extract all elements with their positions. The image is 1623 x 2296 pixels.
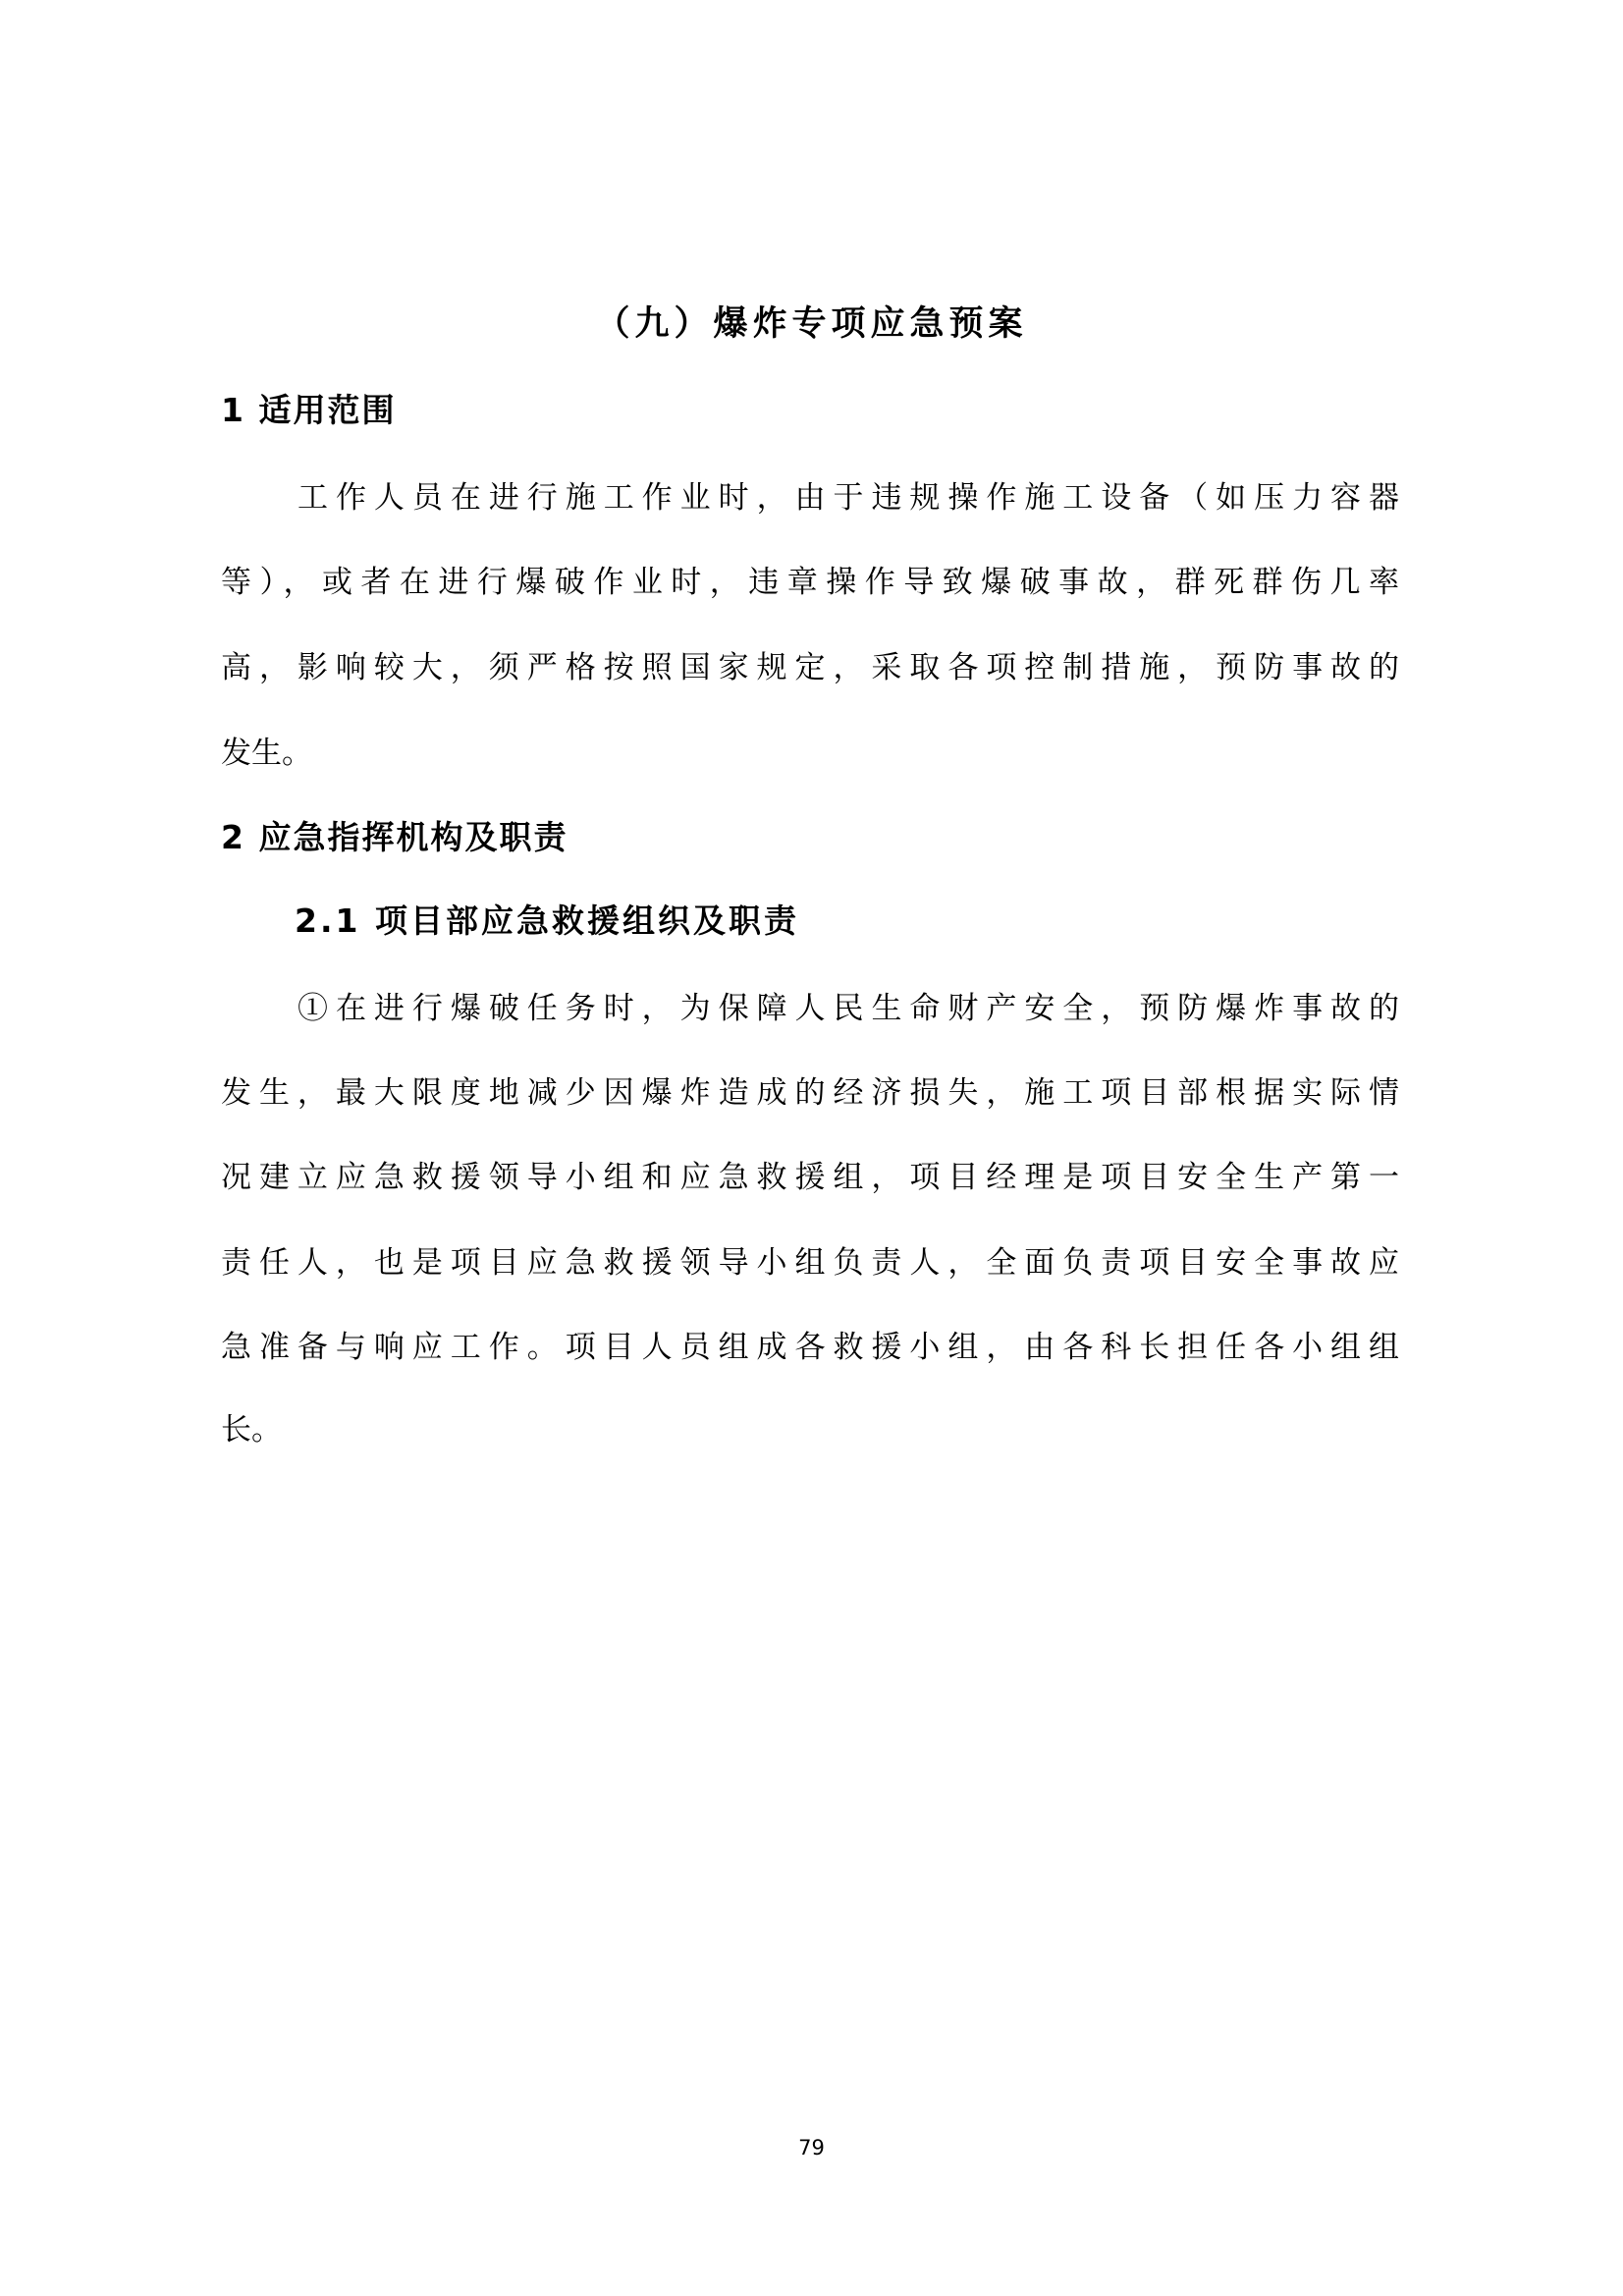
page-number: 79 bbox=[0, 2133, 1623, 2162]
subsection-heading-2-1: 2.1 项目部应急救援组织及职责 bbox=[295, 900, 799, 943]
paragraph-line: 长。 bbox=[221, 1408, 1399, 1451]
paragraph-line: 况建立应急救援领导小组和应急救援组，项目经理是项目安全生产第一 bbox=[221, 1156, 1399, 1199]
paragraph-line: 发生。 bbox=[221, 732, 1399, 775]
paragraph-line: ①在进行爆破任务时，为保障人民生命财产安全，预防爆炸事故的 bbox=[221, 987, 1399, 1030]
paragraph-line: 急准备与响应工作。项目人员组成各救援小组，由各科长担任各小组组 bbox=[221, 1326, 1399, 1369]
paragraph-line: 工作人员在进行施工作业时，由于违规操作施工设备（如压力容器 bbox=[221, 476, 1399, 519]
page-title: （九）爆炸专项应急预案 bbox=[0, 302, 1623, 346]
paragraph-line: 发生，最大限度地减少因爆炸造成的经济损失，施工项目部根据实际情 bbox=[221, 1071, 1399, 1115]
paragraph-line: 高，影响较大，须严格按照国家规定，采取各项控制措施，预防事故的 bbox=[221, 646, 1399, 689]
section-heading-2: 2 应急指挥机构及职责 bbox=[221, 816, 568, 859]
paragraph-line: 责任人，也是项目应急救援领导小组负责人，全面负责项目安全事故应 bbox=[221, 1241, 1399, 1285]
document-page: （九）爆炸专项应急预案 1 适用范围 工作人员在进行施工作业时，由于违规操作施工… bbox=[0, 0, 1623, 2296]
section-heading-1: 1 适用范围 bbox=[221, 389, 396, 432]
paragraph-line: 等），或者在进行爆破作业时，违章操作导致爆破事故，群死群伤几率 bbox=[221, 561, 1399, 604]
